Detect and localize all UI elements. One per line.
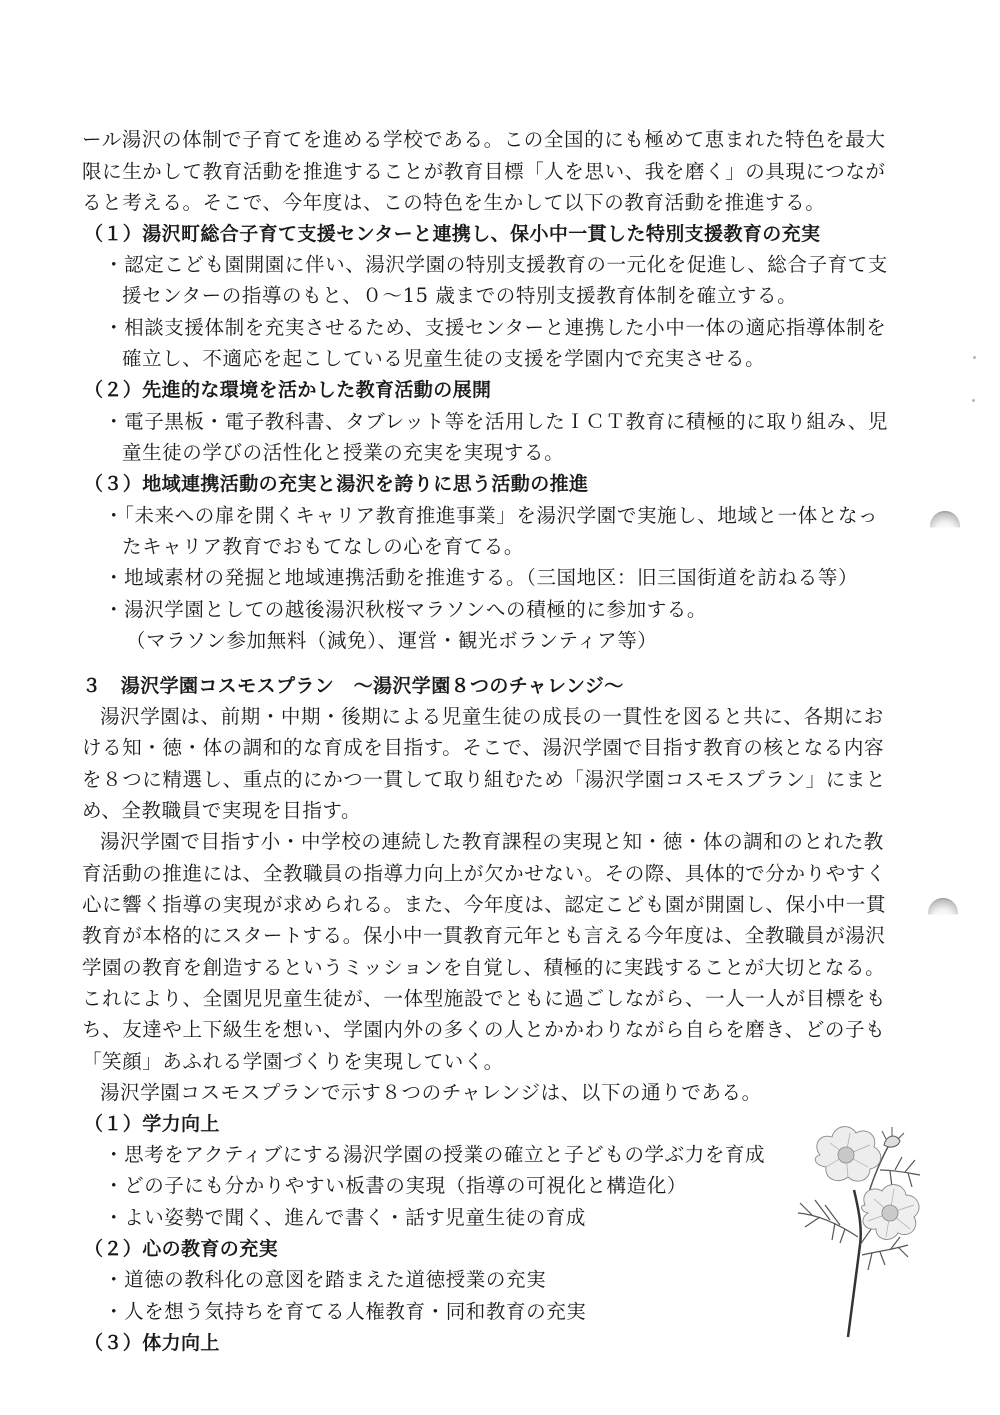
section3-para1-line1: 湯沢学園は、前期・中期・後期による児童生徒の成長の一貫性を図ると共に、各期にお <box>100 703 884 731</box>
document-page: ール湯沢の体制で子育てを進める学校である。この全国的にも極めて恵まれた特色を最大… <box>0 0 1000 1415</box>
section3-para2-line2: 育活動の推進には、全教職員の指導力向上が欠かせない。その際、具体的で分かりやすく <box>82 860 886 888</box>
section2-heading-3: （３）地域連携活動の充実と湯沢を誇りに思う活動の推進 <box>84 470 588 498</box>
section3-para2-line8: 「笑顔」あふれる学園づくりを実現していく。 <box>82 1048 504 1076</box>
section3-para1-line4: め、全教職員で実現を目指す。 <box>82 797 361 825</box>
challenge-1-bullet-2: ・どの子にも分かりやすい板書の実現（指導の可視化と構造化） <box>104 1172 687 1200</box>
challenge-1-bullet-1: ・思考をアクティブにする湯沢学園の授業の確立と子どもの学ぶ力を育成 <box>104 1141 765 1169</box>
section2-bullet-1-2b: 確立し、不適応を起こしている児童生徒の支援を学園内で充実させる。 <box>122 345 765 373</box>
intro-line-3: ると考える。そこで、今年度は、この特色を生かして以下の教育活動を推進する。 <box>82 189 825 217</box>
section2-bullet-1-2a: ・相談支援体制を充実させるため、支援センターと連携した小中一体の適応指導体制を <box>104 314 886 342</box>
section3-para2-line4: 教育が本格的にスタートする。保小中一貫教育元年とも言える今年度は、全教職員が湯沢 <box>82 922 885 950</box>
scan-speck <box>973 356 976 359</box>
section3-para2-line5: 学園の教育を創造するというミッションを自覚し、積極的に実践することが大切となる。 <box>82 954 885 982</box>
section2-bullet-1-1b: 援センターの指導のもと、０～15 歳までの特別支援教育体制を確立する。 <box>122 282 797 310</box>
section3-para2-line7: ち、友達や上下級生を想い、学園内外の多くの人とかかわりながら自らを磨き、どの子も <box>82 1016 885 1044</box>
challenge-heading-2: （２）心の教育の充実 <box>84 1235 278 1263</box>
section3-para2-line6: これにより、全園児児童生徒が、一体型施設でともに過ごしながら、一人一人が目標をも <box>82 985 886 1013</box>
section3-para3-line1: 湯沢学園コスモスプランで示す８つのチャレンジは、以下の通りである。 <box>100 1079 762 1107</box>
section2-heading-1: （１）湯沢町総合子育て支援センターと連携し、保小中一貫した特別支援教育の充実 <box>84 220 820 248</box>
section3-para1-line3: を８つに精選し、重点的にかつ一貫して取り組むため「湯沢学園コスモスプラン」にまと <box>82 766 886 794</box>
section2-bullet-2-1b: 童生徒の学びの活性化と授業の充実を実現する。 <box>122 439 564 467</box>
section2-bullet-3-1a: ・「未来への扉を開くキャリア教育推進事業」を湯沢学園で実施し、地域と一体となっ <box>104 502 878 530</box>
section2-bullet-3-2: ・地域素材の発掘と地域連携活動を推進する。（三国地区：旧三国街道を訪ねる等） <box>104 564 858 592</box>
section2-bullet-3-3b: （マラソン参加無料（減免）、運営・観光ボランティア等） <box>126 627 657 655</box>
section3-title: ３ 湯沢学園コスモスプラン ～湯沢学園８つのチャレンジ～ <box>82 672 624 700</box>
cosmos-flower-illustration <box>790 1115 950 1340</box>
challenge-heading-1: （１）学力向上 <box>84 1110 220 1138</box>
challenge-1-bullet-3: ・よい姿勢で聞く、進んで書く・話す児童生徒の育成 <box>104 1204 586 1232</box>
challenge-heading-3: （３）体力向上 <box>84 1329 220 1357</box>
section2-bullet-3-3a: ・湯沢学園としての越後湯沢秋桜マラソンへの積極的に参加する。 <box>104 596 707 624</box>
intro-line-2: 限に生かして教育活動を推進することが教育目標「人を思い、我を磨く」の具現につなが <box>82 158 886 186</box>
section2-bullet-2-1a: ・電子黒板・電子教科書、タブレット等を活用したＩＣＴ教育に積極的に取り組み、児 <box>104 408 888 436</box>
scan-speck <box>972 399 975 402</box>
challenge-2-bullet-1: ・道徳の教科化の意図を踏まえた道徳授業の充実 <box>104 1266 546 1294</box>
section2-bullet-3-1b: たキャリア教育でおもてなしの心を育てる。 <box>122 533 524 561</box>
section3-para2-line3: 心に響く指導の実現が求められる。また、今年度は、認定こども園が開園し、保小中一貫 <box>82 891 886 919</box>
punch-hole-mark <box>928 898 958 928</box>
punch-hole-mark <box>930 511 960 541</box>
section2-bullet-1-1a: ・認定こども園開園に伴い、湯沢学園の特別支援教育の一元化を促進し、総合子育て支 <box>104 251 888 279</box>
challenge-2-bullet-2: ・人を想う気持ちを育てる人権教育・同和教育の充実 <box>104 1298 586 1326</box>
section3-para2-line1: 湯沢学園で目指す小・中学校の連続した教育課程の実現と知・徳・体の調和のとれた教 <box>100 828 884 856</box>
section2-heading-2: （２）先進的な環境を活かした教育活動の展開 <box>84 376 491 404</box>
section3-para1-line2: ける知・徳・体の調和的な育成を目指す。そこで、湯沢学園で目指す教育の核となる内容 <box>82 734 884 762</box>
intro-line-1: ール湯沢の体制で子育てを進める学校である。この全国的にも極めて恵まれた特色を最大 <box>82 126 886 154</box>
